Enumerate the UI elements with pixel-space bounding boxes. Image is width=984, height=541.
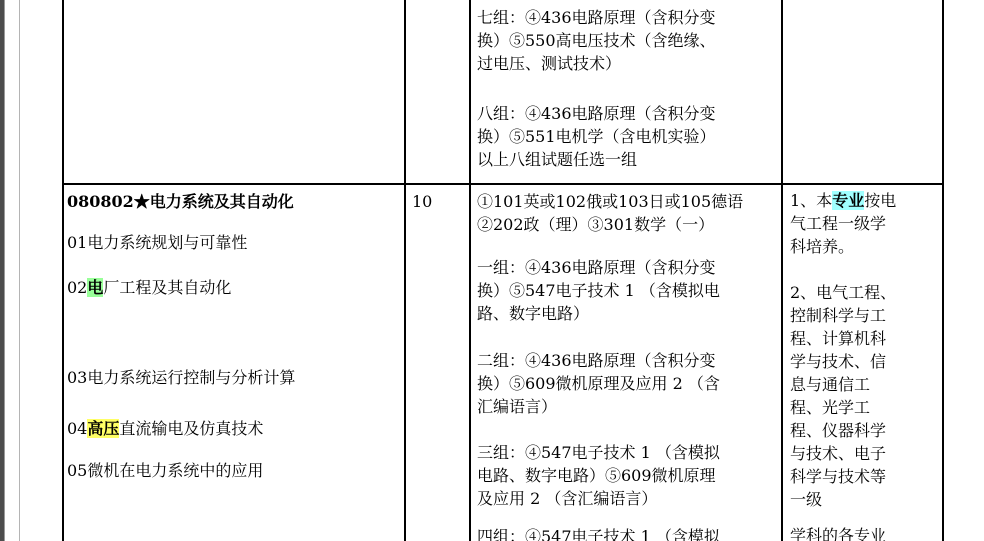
direction-04: 04高压直流输电及仿真技术 [67, 417, 263, 440]
direction-04-rest: 直流输电及仿真技术 [119, 419, 263, 438]
note-2-line2: 控制科学与工 [790, 304, 896, 327]
note-2-line3: 程、计算机科 [790, 327, 896, 350]
note-2-line10: 一级 [790, 488, 896, 511]
exam-group-7: 七组：④436电路原理（含积分变 换）⑤550高电压技术（含绝缘、 过电压、测试… [477, 6, 716, 75]
exam-group-3-line3: 及应用 2 （含汇编语言） [477, 487, 720, 510]
direction-05: 05微机在电力系统中的应用 [67, 459, 263, 482]
exam-group-2-line2: 换）⑤609微机原理及应用 2 （含 [477, 372, 720, 395]
exam-group-8-line1: 八组：④436电路原理（含积分变 [477, 102, 716, 125]
exam-group-8-line3: 以上八组试题任选一组 [477, 148, 716, 171]
table-border-col1-col2 [404, 0, 406, 541]
search-highlight-yellow: 高压 [87, 419, 119, 438]
exam-group-7-line1: 七组：④436电路原理（含积分变 [477, 6, 716, 29]
direction-03: 03电力系统运行控制与分析计算 [67, 366, 295, 389]
note-1-line3: 科培养。 [790, 235, 896, 258]
direction-04-prefix: 04 [67, 419, 87, 438]
search-highlight-cyan: 专业 [832, 191, 864, 210]
table-border-col3-col4 [781, 0, 783, 541]
note-1-line1: 1、本专业按电 [790, 189, 896, 212]
note-2-line9: 科学与技术等 [790, 465, 896, 488]
table-border-col2-col3 [469, 0, 471, 541]
table-border-left [62, 0, 64, 541]
exam-group-2-line1: 二组：④436电路原理（含积分变 [477, 349, 720, 372]
exam-common-subjects: ①101英或102俄或103日或105德语 ②202政（理）③301数学（一） [477, 190, 743, 236]
exam-common-line1: ①101英或102俄或103日或105德语 [477, 190, 743, 213]
note-2-line5: 息与通信工 [790, 373, 896, 396]
program-title: 080802★电力系统及其自动化 [67, 190, 294, 213]
note-2-line7: 程、仪器科学 [790, 419, 896, 442]
note-3-partial: 学科的各专业 [790, 524, 886, 541]
exam-group-1-line2: 换）⑤547电子技术 1 （含模拟电 [477, 279, 720, 302]
exam-group-2: 二组：④436电路原理（含积分变 换）⑤609微机原理及应用 2 （含 汇编语言… [477, 349, 720, 418]
direction-02: 02电厂工程及其自动化 [67, 276, 231, 299]
note-2-line1: 2、电气工程、 [790, 281, 896, 304]
frame-border-line [19, 0, 20, 541]
exam-group-2-line3: 汇编语言） [477, 395, 720, 418]
direction-02-prefix: 02 [67, 278, 87, 297]
note-1-rest: 按电 [864, 191, 896, 210]
note-1-prefix: 1、本 [790, 191, 832, 210]
note-2-line4: 学与技术、信 [790, 350, 896, 373]
table-row-divider [62, 183, 944, 185]
window-edge [0, 0, 5, 541]
exam-group-3-line2: 电路、数字电路）⑤609微机原理 [477, 464, 720, 487]
exam-group-1-line3: 路、数字电路） [477, 302, 720, 325]
note-1: 1、本专业按电 气工程一级学 科培养。 [790, 189, 896, 258]
direction-02-rest: 厂工程及其自动化 [103, 278, 231, 297]
note-2: 2、电气工程、 控制科学与工 程、计算机科 学与技术、信 息与通信工 程、光学工… [790, 281, 896, 511]
quota-value: 10 [412, 190, 432, 213]
note-2-line6: 程、光学工 [790, 396, 896, 419]
note-2-line8: 与技术、电子 [790, 442, 896, 465]
exam-group-8: 八组：④436电路原理（含积分变 换）⑤551电机学（含电机实验） 以上八组试题… [477, 102, 716, 171]
exam-group-1-line1: 一组：④436电路原理（含积分变 [477, 256, 720, 279]
direction-01: 01电力系统规划与可靠性 [67, 231, 247, 254]
exam-group-1: 一组：④436电路原理（含积分变 换）⑤547电子技术 1 （含模拟电 路、数字… [477, 256, 720, 325]
exam-group-7-line3: 过电压、测试技术） [477, 52, 716, 75]
exam-group-8-line2: 换）⑤551电机学（含电机实验） [477, 125, 716, 148]
exam-group-4-partial: 四组：④547电子技术 1 （含模拟 [477, 525, 720, 541]
exam-group-3: 三组：④547电子技术 1 （含模拟 电路、数字电路）⑤609微机原理 及应用 … [477, 441, 720, 510]
exam-group-3-line1: 三组：④547电子技术 1 （含模拟 [477, 441, 720, 464]
exam-common-line2: ②202政（理）③301数学（一） [477, 213, 743, 236]
table-border-right [942, 0, 944, 541]
note-1-line2: 气工程一级学 [790, 212, 896, 235]
search-highlight-green: 电 [87, 278, 103, 297]
exam-group-7-line2: 换）⑤550高电压技术（含绝缘、 [477, 29, 716, 52]
